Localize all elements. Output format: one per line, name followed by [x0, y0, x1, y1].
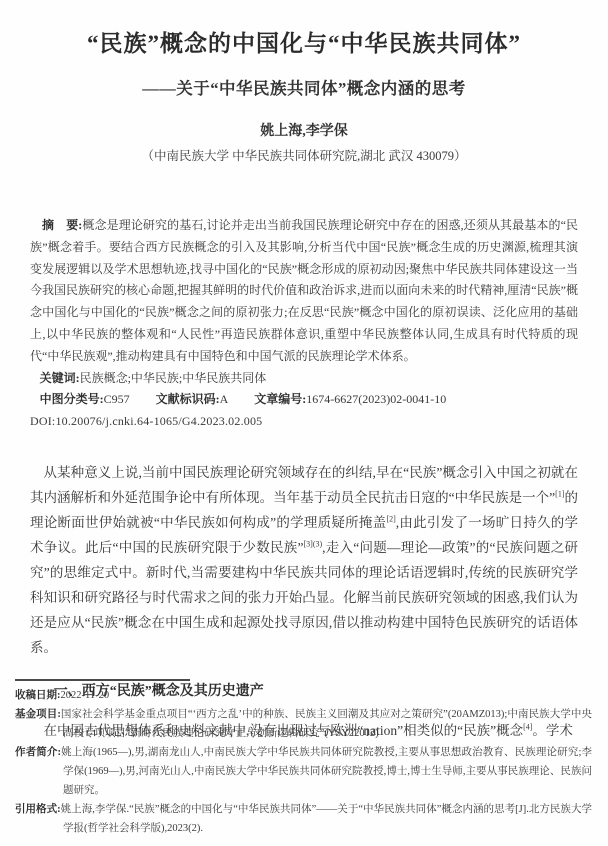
footnote-divider: [15, 679, 190, 681]
footnote-fund-project: 基金项目:国家社会科学基金重点项目“‘西方之乱’中的种族、民族主义回潮及其应对之…: [15, 705, 592, 743]
paper-header: “民族”概念的中国化与“中华民族共同体” ——关于“中华民族共同体”概念内涵的思…: [30, 28, 578, 166]
received-date-label: 收稿日期:: [15, 690, 61, 701]
body-text: 从某种意义上说,当前中国民族理论研究领域存在的纠结,早在“民族”概念引入中国之初…: [30, 465, 578, 505]
received-date-value: 2022-11-20: [61, 690, 110, 701]
footnote-author-bio: 作者简介:姚上海(1965—),男,湖南龙山人,中南民族大学中华民族共同体研究院…: [15, 743, 592, 800]
body-text: ,走入“问题—理论—政策”的“民族问题之研究”的思维定式中。新时代,当需要建构中…: [30, 540, 578, 655]
paper-page: “民族”概念的中国化与“中华民族共同体” ——关于“中华民族共同体”概念内涵的思…: [0, 0, 608, 846]
doi-line: DOI:10.20076/j.cnki.64-1065/G4.2023.02.0…: [30, 411, 578, 433]
footnote-citation-format: 引用格式:姚上海,李学保.“民族”概念的中国化与“中华民族共同体”——关于“中华…: [15, 800, 592, 838]
document-code: 文献标识码:A: [156, 392, 229, 406]
citation-format-text: 姚上海,李学保.“民族”概念的中国化与“中华民族共同体”——关于“中华民族共同体…: [61, 804, 592, 834]
clc-label: 中图分类号:: [40, 392, 104, 406]
article-number-value: 1674-6627(2023)02-0041-10: [306, 392, 446, 406]
author-bio-text: 姚上海(1965—),男,湖南龙山人,中南民族大学中华民族共同体研究院教授,主要…: [61, 747, 592, 796]
citation-format-label: 引用格式:: [15, 804, 61, 815]
document-code-label: 文献标识码:: [156, 392, 220, 406]
abstract-text: 概念是理论研究的基石,讨论并走出当前我国民族理论研究中存在的困惑,还须从其最基本…: [30, 218, 578, 363]
clc-value: C957: [104, 392, 130, 406]
citation-marker-2: [2]: [386, 514, 395, 523]
footnote-received-date: 收稿日期:2022-11-20: [15, 686, 592, 705]
abstract-paragraph: 摘 要:概念是理论研究的基石,讨论并走出当前我国民族理论研究中存在的困惑,还须从…: [30, 215, 578, 368]
paper-subtitle: ——关于“中华民族共同体”概念内涵的思考: [30, 77, 578, 101]
abstract-label: 摘 要:: [42, 218, 82, 232]
keywords-label: 关键词:: [40, 371, 80, 385]
citation-marker-3: [3](3): [303, 539, 322, 548]
keywords-text: 民族概念;中华民族;中华民族共同体: [80, 371, 267, 385]
classification-line: 中图分类号:C957文献标识码:A文章编号:1674-6627(2023)02-…: [30, 389, 578, 411]
article-number-label: 文章编号:: [254, 392, 306, 406]
author-bio-label: 作者简介:: [15, 747, 61, 758]
document-code-value: A: [220, 392, 229, 406]
paper-authors: 姚上海,李学保: [30, 122, 578, 142]
keywords-line: 关键词:民族概念;中华民族;中华民族共同体: [30, 368, 578, 390]
paper-title: “民族”概念的中国化与“中华民族共同体”: [30, 28, 578, 60]
paper-affiliation: （中南民族大学 中华民族共同体研究院,湖北 武汉 430079）: [30, 146, 578, 166]
abstract-section: 摘 要:概念是理论研究的基石,讨论并走出当前我国民族理论研究中存在的困惑,还须从…: [30, 215, 578, 433]
fund-project-label: 基金项目:: [15, 709, 61, 720]
citation-marker-1: [1]: [555, 489, 564, 498]
footnote-area: 收稿日期:2022-11-20 基金项目:国家社会科学基金重点项目“‘西方之乱’…: [15, 679, 592, 838]
fund-project-text: 国家社会科学基金重点项目“‘西方之乱’中的种族、民族主义回潮及其应对之策研究”(…: [61, 709, 592, 739]
article-number: 文章编号:1674-6627(2023)02-0041-10: [254, 392, 446, 406]
body-paragraph-1: 从某种意义上说,当前中国民族理论研究领域存在的纠结,早在“民族”概念引入中国之初…: [30, 460, 578, 660]
clc-number: 中图分类号:C957: [40, 392, 130, 406]
